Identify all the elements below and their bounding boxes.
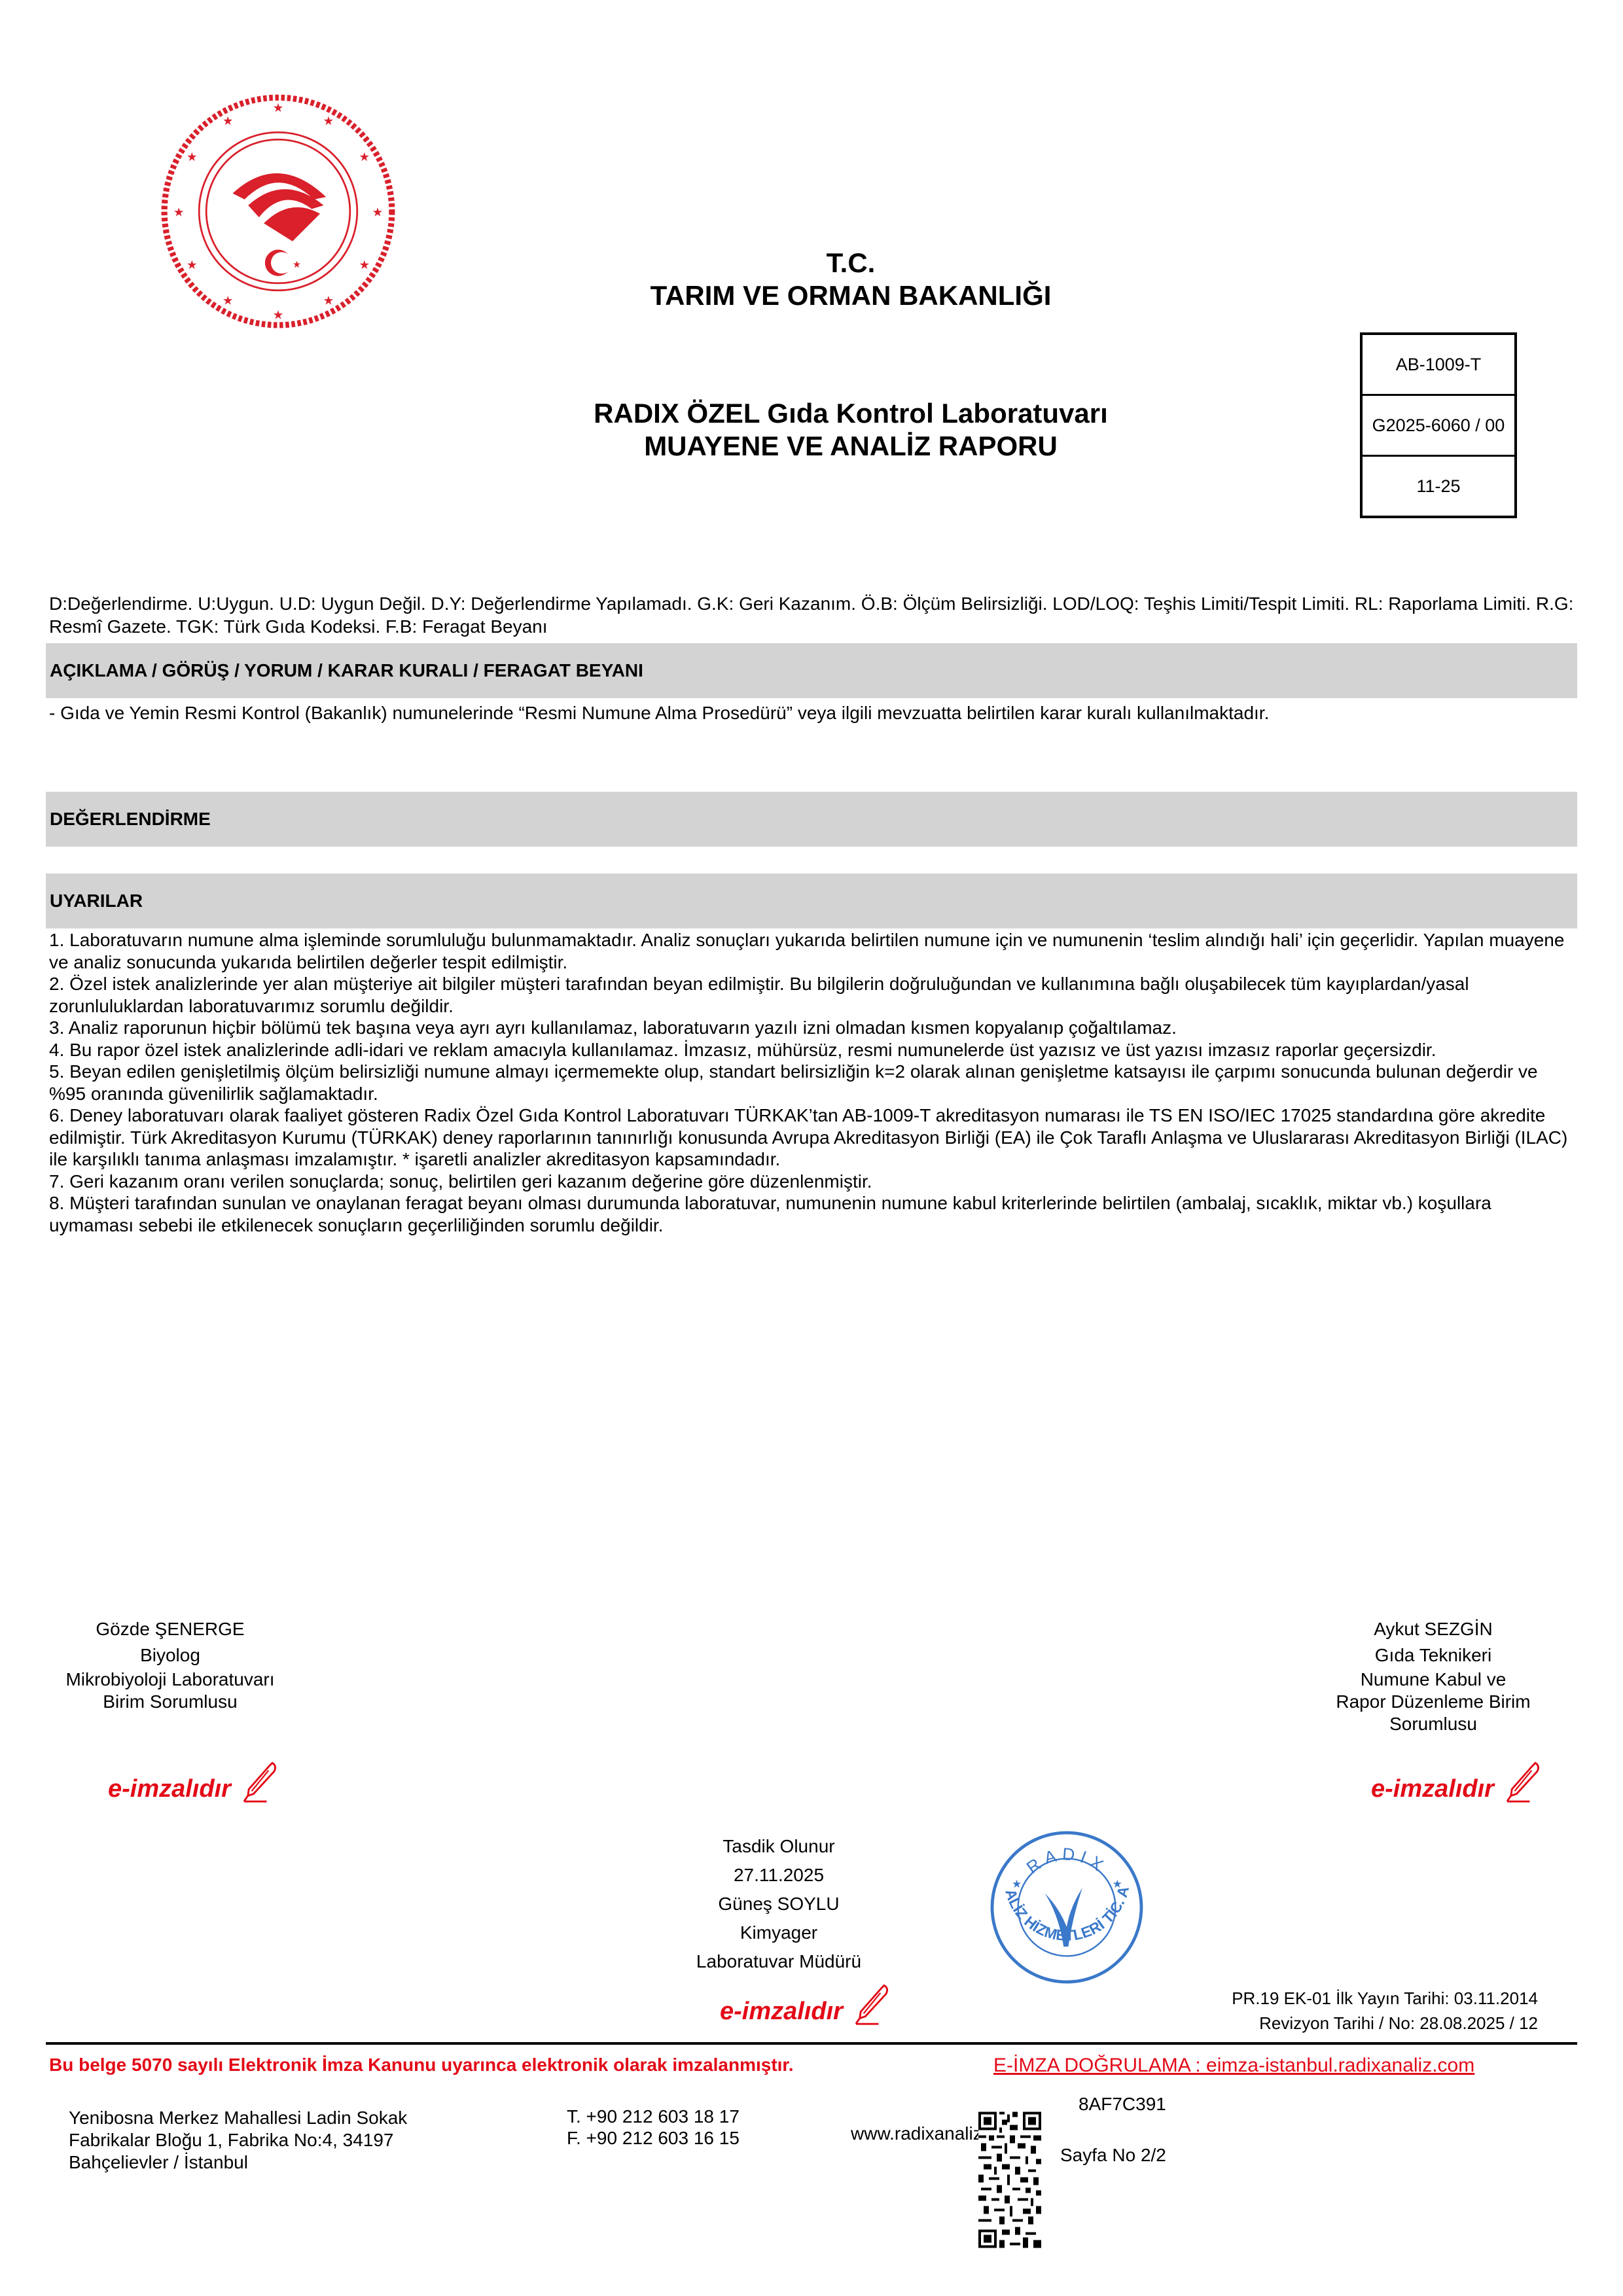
fax-number: F. +90 212 603 16 15 xyxy=(567,2127,740,2149)
svg-text:★: ★ xyxy=(273,101,283,115)
esign-law-notice: Bu belge 5070 sayılı Elektronik İmza Kan… xyxy=(49,2055,794,2075)
aciklama-text: - Gıda ve Yemin Resmi Kontrol (Bakanlık)… xyxy=(49,701,1574,724)
signatory-role: Birim Sorumlusu xyxy=(26,1691,314,1713)
svg-text:★: ★ xyxy=(273,308,283,322)
signatory-center: Tasdik Olunur 27.11.2025 Güneş SOYLU Kim… xyxy=(654,1832,903,1976)
warning-item: 3. Analiz raporunun hiçbir bölümü tek ba… xyxy=(49,1017,1574,1039)
svg-text:★: ★ xyxy=(187,258,197,272)
section-title: DEĞERLENDİRME xyxy=(50,809,211,830)
fountain-pen-icon xyxy=(852,1983,890,2026)
footer-divider xyxy=(46,2042,1577,2045)
warnings-list: 1. Laboratuvarın numune alma işleminde s… xyxy=(49,929,1574,1236)
address-line: Fabrikalar Bloğu 1, Fabrika No:4, 34197 xyxy=(69,2129,407,2151)
signatory-role: Numune Kabul ve xyxy=(1283,1669,1584,1691)
accreditation-number: AB-1009-T xyxy=(1363,335,1514,396)
radix-company-seal-icon: RADIX ANALİZ HİZMETLERİ TİC. A.Ş. ★ ★ xyxy=(988,1829,1145,1986)
lab-address: Yenibosna Merkez Mahallesi Ladin Sokak F… xyxy=(69,2107,407,2174)
section-header-degerlendirme: DEĞERLENDİRME xyxy=(46,792,1577,847)
signatory-name: Güneş SOYLU xyxy=(654,1890,903,1918)
ministry-name: TARIM VE ORMAN BAKANLIĞI xyxy=(458,280,1243,311)
reference-box: AB-1009-T G2025-6060 / 00 11-25 xyxy=(1360,332,1517,518)
e-signature-badge: e-imzalıdır xyxy=(1371,1760,1541,1803)
section-header-aciklama: AÇIKLAMA / GÖRÜŞ / YORUM / KARAR KURALI … xyxy=(46,643,1577,698)
e-signature-label: e-imzalıdır xyxy=(1371,1775,1494,1803)
ministry-seal-icon: ★ ★ ★ ★ ★ ★ ★ ★ ★ ★ ★ ★ ★ xyxy=(158,92,398,331)
address-line: Bahçelievler / İstanbul xyxy=(69,2151,407,2174)
approval-date: 27.11.2025 xyxy=(654,1861,903,1890)
signatory-title: Kimyager xyxy=(654,1918,903,1947)
signatory-role: Mikrobiyoloji Laboratuvarı xyxy=(26,1669,314,1691)
e-signature-badge: e-imzalıdır xyxy=(108,1760,278,1803)
warning-item: 7. Geri kazanım oranı verilen sonuçlarda… xyxy=(49,1171,1574,1193)
report-number: G2025-6060 / 00 xyxy=(1363,396,1514,457)
svg-text:RADIX: RADIX xyxy=(1023,1844,1111,1877)
svg-text:★: ★ xyxy=(359,258,370,272)
svg-text:★: ★ xyxy=(1012,1878,1022,1890)
signatory-name: Gözde ŞENERGE xyxy=(26,1616,314,1642)
fountain-pen-icon xyxy=(1503,1760,1541,1803)
warning-item: 6. Deney laboratuvarı olarak faaliyet gö… xyxy=(49,1104,1574,1171)
signatory-left: Gözde ŞENERGE Biyolog Mikrobiyoloji Labo… xyxy=(26,1616,314,1713)
warning-item: 4. Bu rapor özel istek analizlerinde adl… xyxy=(49,1039,1574,1061)
lab-name: RADIX ÖZEL Gıda Kontrol Laboratuvarı xyxy=(458,398,1243,429)
svg-text:★: ★ xyxy=(1113,1878,1122,1890)
warning-item: 2. Özel istek analizlerinde yer alan müş… xyxy=(49,973,1574,1017)
warning-item: 8. Müşteri tarafından sunulan ve onaylan… xyxy=(49,1192,1574,1236)
form-first-publish: PR.19 EK-01 İlk Yayın Tarihi: 03.11.2014 xyxy=(1171,1986,1538,2011)
signatory-title: Biyolog xyxy=(26,1642,314,1669)
report-period: 11-25 xyxy=(1363,457,1514,516)
abbreviations-legend: D:Değerlendirme. U:Uygun. U.D: Uygun Değ… xyxy=(49,592,1574,638)
address-line: Yenibosna Merkez Mahallesi Ladin Sokak xyxy=(69,2107,407,2129)
fountain-pen-icon xyxy=(240,1760,278,1803)
signatory-title: Gıda Teknikeri xyxy=(1283,1642,1584,1669)
section-title: UYARILAR xyxy=(50,891,143,911)
report-title: MUAYENE VE ANALİZ RAPORU xyxy=(458,431,1243,462)
e-signature-label: e-imzalıdır xyxy=(720,1998,843,2026)
svg-text:★: ★ xyxy=(359,150,370,164)
svg-text:★: ★ xyxy=(223,294,233,308)
signatory-role: Rapor Düzenleme Birim xyxy=(1283,1691,1584,1713)
verification-code: 8AF7C391 xyxy=(1079,2094,1166,2115)
signatory-name: Aykut SEZGİN xyxy=(1283,1616,1584,1642)
approval-text: Tasdik Olunur xyxy=(654,1832,903,1861)
section-title: AÇIKLAMA / GÖRÜŞ / YORUM / KARAR KURALI … xyxy=(50,660,643,681)
signatory-role: Laboratuvar Müdürü xyxy=(654,1947,903,1976)
svg-text:★: ★ xyxy=(372,205,383,219)
form-revision: Revizyon Tarihi / No: 28.08.2025 / 12 xyxy=(1171,2011,1538,2036)
svg-text:★: ★ xyxy=(323,114,334,128)
svg-text:★: ★ xyxy=(323,294,334,308)
e-signature-badge: e-imzalıdır xyxy=(720,1983,890,2026)
section-header-uyarilar: UYARILAR xyxy=(46,874,1577,928)
form-revision-info: PR.19 EK-01 İlk Yayın Tarihi: 03.11.2014… xyxy=(1171,1986,1538,2036)
contact-numbers: T. +90 212 603 18 17 F. +90 212 603 16 1… xyxy=(567,2106,740,2149)
header-tc: T.C. xyxy=(458,247,1243,279)
svg-text:★: ★ xyxy=(187,150,197,164)
svg-text:★: ★ xyxy=(223,114,233,128)
signatory-right: Aykut SEZGİN Gıda Teknikeri Numune Kabul… xyxy=(1283,1616,1584,1735)
svg-text:★: ★ xyxy=(293,260,301,270)
esign-verification-link[interactable]: E-İMZA DOĞRULAMA : eimza-istanbul.radixa… xyxy=(993,2055,1474,2077)
signatory-role: Sorumlusu xyxy=(1283,1713,1584,1735)
warning-item: 5. Beyan edilen genişletilmiş ölçüm beli… xyxy=(49,1061,1574,1104)
phone-number: T. +90 212 603 18 17 xyxy=(567,2106,740,2127)
page-number: Sayfa No 2/2 xyxy=(1060,2145,1166,2166)
warning-item: 1. Laboratuvarın numune alma işleminde s… xyxy=(49,929,1574,973)
e-signature-label: e-imzalıdır xyxy=(108,1775,231,1803)
qr-code-icon[interactable] xyxy=(978,2110,1041,2250)
svg-text:★: ★ xyxy=(173,205,184,219)
